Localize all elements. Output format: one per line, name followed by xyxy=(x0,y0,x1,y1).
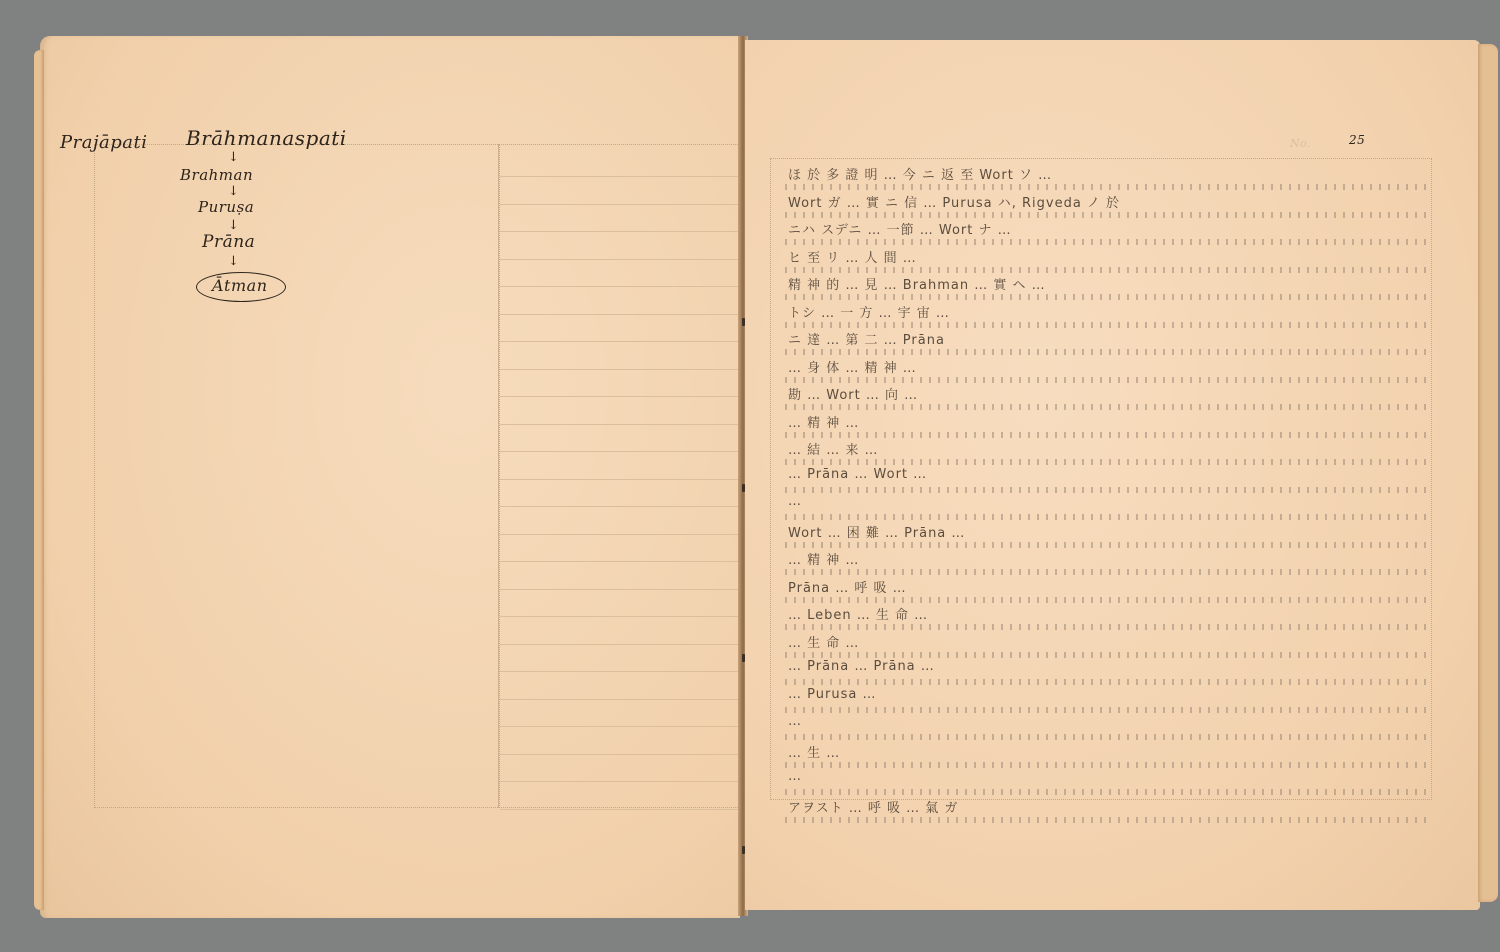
ruled-line xyxy=(500,561,738,562)
pencil-underline xyxy=(782,294,1432,300)
pencil-underline xyxy=(782,707,1432,713)
left-page-edge xyxy=(34,50,44,910)
handwritten-line: … 精 神 … xyxy=(788,412,1428,431)
handwritten-line: Prāna … 呼 吸 … xyxy=(788,577,1428,596)
ruled-line xyxy=(500,506,738,507)
pencil-underline xyxy=(782,652,1432,658)
ruled-line xyxy=(500,781,738,782)
ruled-line xyxy=(500,754,738,755)
handwritten-line: 勘 … Wort … 向 … xyxy=(788,384,1428,403)
handwritten-line: … 結 … 来 … xyxy=(788,439,1428,458)
ruled-line xyxy=(500,424,738,425)
ruled-line xyxy=(500,176,738,177)
handwritten-line: ほ 於 多 證 明 … 今 ニ 返 至 Wort ソ … xyxy=(788,164,1428,183)
pencil-underline xyxy=(782,817,1432,823)
right-page-edge xyxy=(1478,44,1498,902)
diagram-term-3: Puruṣa xyxy=(198,198,254,216)
arrow-down-icon: ↓ xyxy=(228,254,239,269)
arrow-down-icon: ↓ xyxy=(228,218,239,233)
pencil-underline xyxy=(782,624,1432,630)
handwritten-line: 精 神 的 … 見 … Brahman … 實 ヘ … xyxy=(788,274,1428,293)
left-page-ruled-frame xyxy=(498,144,742,808)
ruled-line xyxy=(500,699,738,700)
ruled-line xyxy=(500,231,738,232)
pencil-underline xyxy=(782,267,1432,273)
ruled-line xyxy=(500,286,738,287)
ruled-line xyxy=(500,809,738,810)
ruled-line xyxy=(500,341,738,342)
handwritten-line: … Purusa … xyxy=(788,687,1428,702)
pencil-underline xyxy=(782,239,1432,245)
pencil-underline xyxy=(782,349,1432,355)
pencil-underline xyxy=(782,184,1432,190)
handwritten-line: ヒ 至 リ … 人 間 … xyxy=(788,247,1428,266)
pencil-underline xyxy=(782,432,1432,438)
diagram-term-2: Brahman xyxy=(180,166,253,184)
ruled-line xyxy=(500,644,738,645)
pencil-underline xyxy=(782,569,1432,575)
diagram-term-4: Prāna xyxy=(202,232,255,252)
pencil-underline xyxy=(782,542,1432,548)
page-number: 25 xyxy=(1349,133,1365,147)
handwritten-line: ニ 達 … 第 二 … Prāna xyxy=(788,329,1428,348)
pencil-underline xyxy=(782,679,1432,685)
pencil-underline xyxy=(782,597,1432,603)
pencil-underline xyxy=(782,734,1432,740)
arrow-down-icon: ↓ xyxy=(228,150,239,165)
left-page-frame xyxy=(94,144,500,808)
pencil-underline xyxy=(782,377,1432,383)
handwritten-line: トシ … 一 方 … 宇 宙 … xyxy=(788,302,1428,321)
ruled-line xyxy=(500,479,738,480)
diagram-term-1: Brāhmanaspati xyxy=(186,126,347,150)
heading-prajapati: Prajāpati xyxy=(60,132,148,153)
ruled-line xyxy=(500,726,738,727)
ruled-line xyxy=(500,616,738,617)
pencil-underline xyxy=(782,322,1432,328)
ruled-line xyxy=(500,534,738,535)
handwritten-line: … Prāna … Wort … xyxy=(788,467,1428,482)
pencil-underline xyxy=(782,487,1432,493)
ruled-line xyxy=(500,204,738,205)
handwritten-line: アヲスト … 呼 吸 … 氣 ガ xyxy=(788,797,1428,816)
pencil-underline xyxy=(782,789,1432,795)
handwritten-line: Wort … 困 難 … Prāna … xyxy=(788,522,1428,541)
arrow-down-icon: ↓ xyxy=(228,184,239,199)
pencil-underline xyxy=(782,762,1432,768)
handwritten-line: … xyxy=(788,769,1428,784)
ruled-line xyxy=(500,369,738,370)
ruled-line xyxy=(500,314,738,315)
handwritten-line: … 精 神 … xyxy=(788,549,1428,568)
pencil-underline xyxy=(782,404,1432,410)
ruled-line xyxy=(500,451,738,452)
ruled-line xyxy=(500,589,738,590)
handwritten-line: … 身 体 … 精 神 … xyxy=(788,357,1428,376)
pencil-underline xyxy=(782,459,1432,465)
handwritten-line: Wort ガ … 實 ニ 信 … Purusa ハ, Rigveda ノ 於 xyxy=(788,192,1428,211)
handwritten-line: … 生 … xyxy=(788,742,1428,761)
diagram-term-5: Ātman xyxy=(212,276,268,295)
ruled-line xyxy=(500,396,738,397)
pencil-underline xyxy=(782,212,1432,218)
handwritten-line: … Prāna … Prāna … xyxy=(788,659,1428,674)
pencil-underline xyxy=(782,514,1432,520)
handwritten-line: ニハ スデニ … 一節 … Wort ナ … xyxy=(788,219,1428,238)
ruled-line xyxy=(500,259,738,260)
handwritten-line: … xyxy=(788,494,1428,509)
handwritten-line: … 生 命 … xyxy=(788,632,1428,651)
handwritten-line: … xyxy=(788,714,1428,729)
handwritten-line: … Leben … 生 命 … xyxy=(788,604,1428,623)
ruled-line xyxy=(500,671,738,672)
page-stamp: No. xyxy=(1290,137,1311,150)
